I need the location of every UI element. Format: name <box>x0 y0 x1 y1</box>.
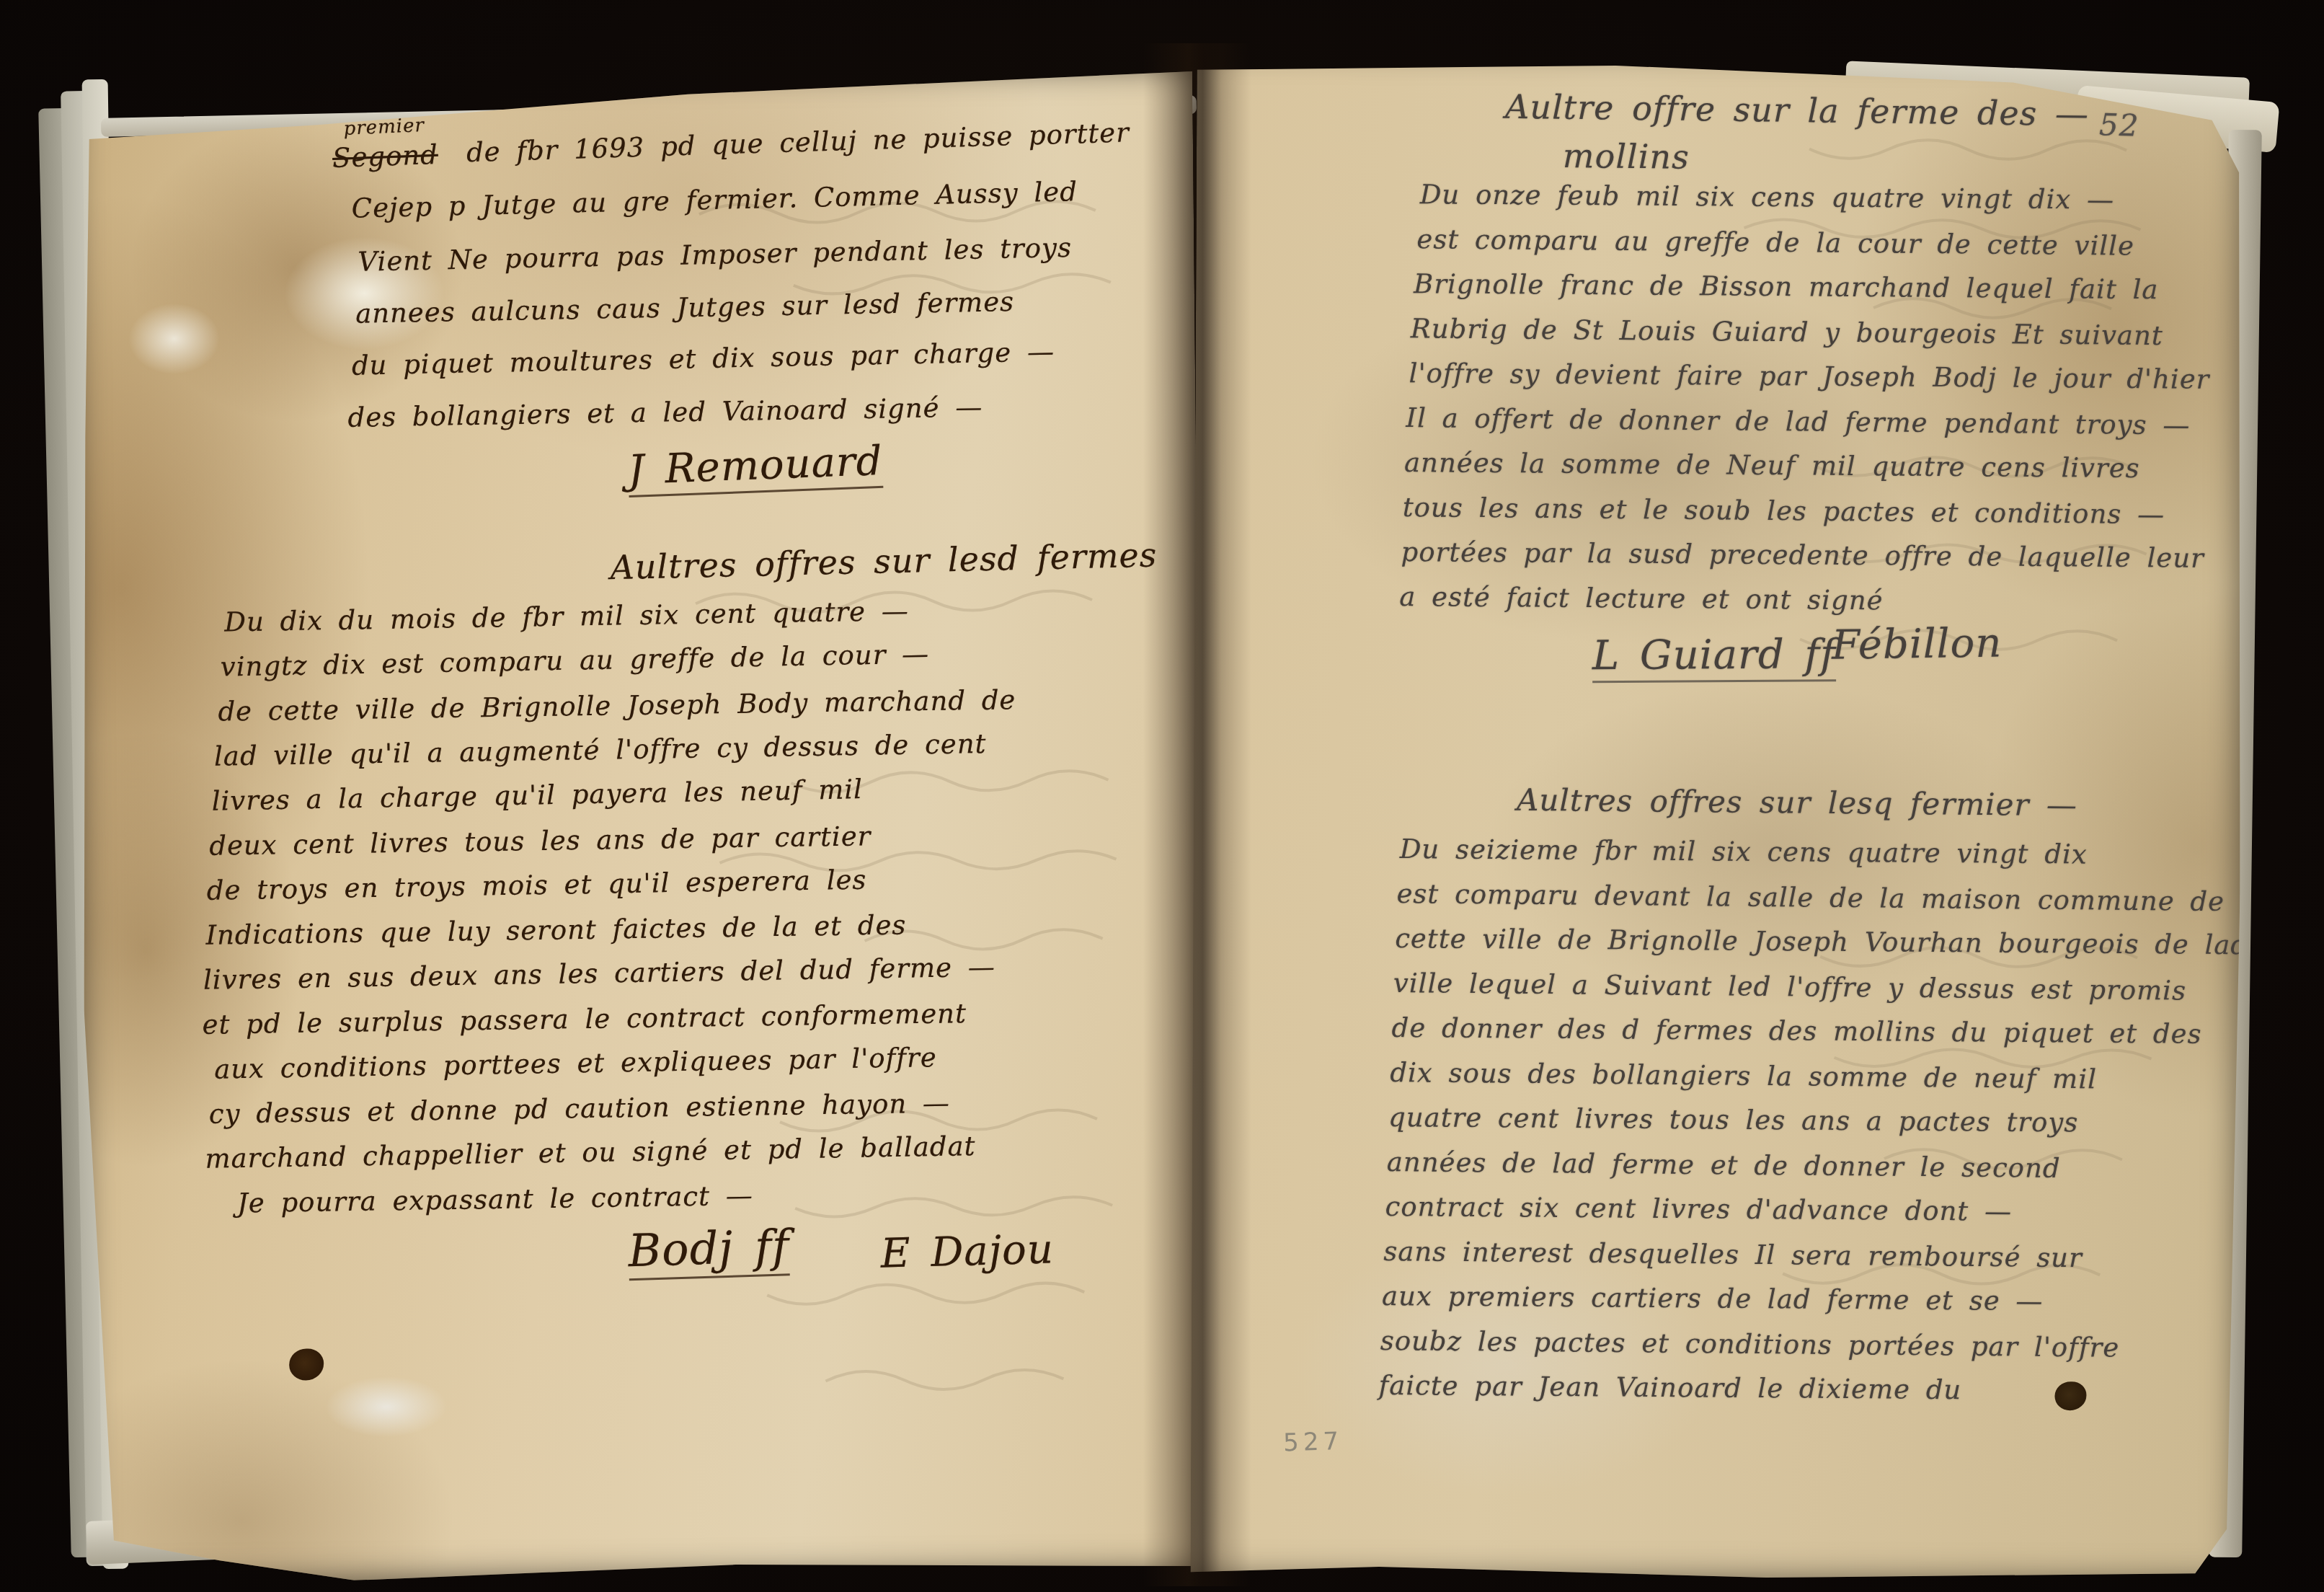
struck-word: Segond <box>332 139 438 174</box>
section-heading: Aultres offres sur lesd fermes <box>610 535 1158 587</box>
book-gutter-shadow <box>1143 43 1251 1586</box>
handwritten-line: du piquet moultures et dix sous par char… <box>351 336 1055 381</box>
handwritten-line: est comparu devant la salle de la maison… <box>1396 878 2225 917</box>
handwritten-line: Du dix du mois de fbr mil six cent quatr… <box>224 596 909 638</box>
handwritten-line: Il a offert de donner de lad ferme penda… <box>1406 402 2190 441</box>
handwritten-line: cette ville de Brignolle Joseph Vourhan … <box>1395 923 2248 960</box>
handwritten-line: quatre cent livres tous les ans a pactes… <box>1388 1102 2078 1138</box>
handwritten-line: l'offre sy devient faire par Joseph Bodj… <box>1409 358 2209 395</box>
handwritten-line: Brignolle franc de Bisson marchand leque… <box>1414 268 2159 305</box>
ink-blot <box>289 1348 324 1380</box>
ink-blot <box>2054 1381 2086 1410</box>
signature-bodj: Bodj ff <box>628 1219 791 1281</box>
handwritten-line: de fbr 1693 pd que celluj ne puisse port… <box>466 117 1130 168</box>
right-page: 52 Aultre offre sur la ferme des — molli… <box>1190 45 2243 1583</box>
handwritten-line: livres en sus deux ans les cartiers del … <box>203 952 995 996</box>
handwritten-line: de cette ville de Brignolle Joseph Body … <box>218 684 1016 727</box>
handwritten-line: sans interest desquelles Il sera rembour… <box>1383 1236 2083 1273</box>
handwritten-line: vingtz dix est comparu au greffe de la c… <box>220 639 929 683</box>
folio-pencil-number: 527 <box>1283 1427 1344 1458</box>
handwritten-line: dix sous des bollangiers la somme de neu… <box>1390 1057 2097 1094</box>
handwritten-line: portées par la susd precedente offre de … <box>1401 536 2204 574</box>
handwritten-line: marchand chappellier et ou signé et pd l… <box>205 1131 976 1175</box>
page-number: 52 <box>2099 107 2140 143</box>
handwritten-line: Vient Ne pourra pas Imposer pendant les … <box>358 232 1072 278</box>
handwritten-line: aux premiers cartiers de lad ferme et se… <box>1382 1281 2044 1317</box>
handwritten-line: deux cent livres tous les ans de par car… <box>209 821 871 862</box>
handwritten-line: cy dessus et donne pd caution estienne h… <box>209 1087 951 1129</box>
handwritten-line: Je pourra expassant le contract — <box>237 1180 753 1219</box>
handwritten-line: ville lequel a Suivant led l'offre y des… <box>1393 968 2186 1007</box>
handwritten-line: des bollangiers et a led Vainoard signé … <box>347 392 983 433</box>
left-page: premier Segond de fbr 1693 pd que celluj… <box>71 66 1207 1583</box>
handwritten-line: aux conditions porttees et expliquees pa… <box>214 1042 937 1085</box>
section-heading: mollins <box>1563 136 1690 177</box>
handwritten-line: lad ville qu'il a augmenté l'offre cy de… <box>214 728 987 772</box>
handwritten-line: livres a la charge qu'il payera les neuf… <box>211 774 863 817</box>
handwritten-line: contract six cent livres d'advance dont … <box>1385 1191 2012 1227</box>
section-heading: Aultre offre sur la ferme des — <box>1505 87 2089 134</box>
signature-guiard: L Guiard ff <box>1592 631 1836 683</box>
handwritten-line: Du seizieme fbr mil six cens quatre ving… <box>1400 833 2088 870</box>
handwritten-line: est comparu au greffe de la cour de cett… <box>1416 224 2134 262</box>
handwritten-line: de troys en troys mois et qu'il esperera… <box>207 864 867 906</box>
handwritten-line: Cejep p Jutge au gre fermier. Comme Auss… <box>351 176 1078 224</box>
handwritten-line: annees aulcuns caus Jutges sur lesd ferm… <box>355 286 1015 330</box>
handwritten-line: de donner des d fermes des mollins du pi… <box>1392 1012 2202 1050</box>
signature-dajou: E Dajou <box>880 1226 1055 1277</box>
handwritten-line: soubz les pactes et conditions portées p… <box>1380 1325 2120 1363</box>
handwritten-line: Du onze feub mil six cens quatre vingt d… <box>1420 179 2115 216</box>
handwritten-line: années de lad ferme et de donner le seco… <box>1387 1146 2061 1184</box>
handwritten-line: tous les ans et le soub les pactes et co… <box>1403 492 2165 530</box>
signature-febillon: Fébillon <box>1832 620 2003 669</box>
signature-remouard: J Remouard <box>627 438 884 497</box>
handwritten-line: Rubrig de St Louis Guiard y bourgeois Et… <box>1411 313 2163 351</box>
handwritten-line: a esté faict lecture et ont signé <box>1399 581 1883 616</box>
handwritten-line: années la somme de Neuf mil quatre cens … <box>1404 447 2140 484</box>
section-heading: Aultres offres sur lesq fermier — <box>1517 782 2077 823</box>
handwritten-line: et pd le surplus passera le contract con… <box>202 998 967 1040</box>
handwritten-line: Indications que luy seront faictes de la… <box>205 909 907 950</box>
handwritten-line: faicte par Jean Vainoard le dixieme du <box>1378 1370 1961 1405</box>
